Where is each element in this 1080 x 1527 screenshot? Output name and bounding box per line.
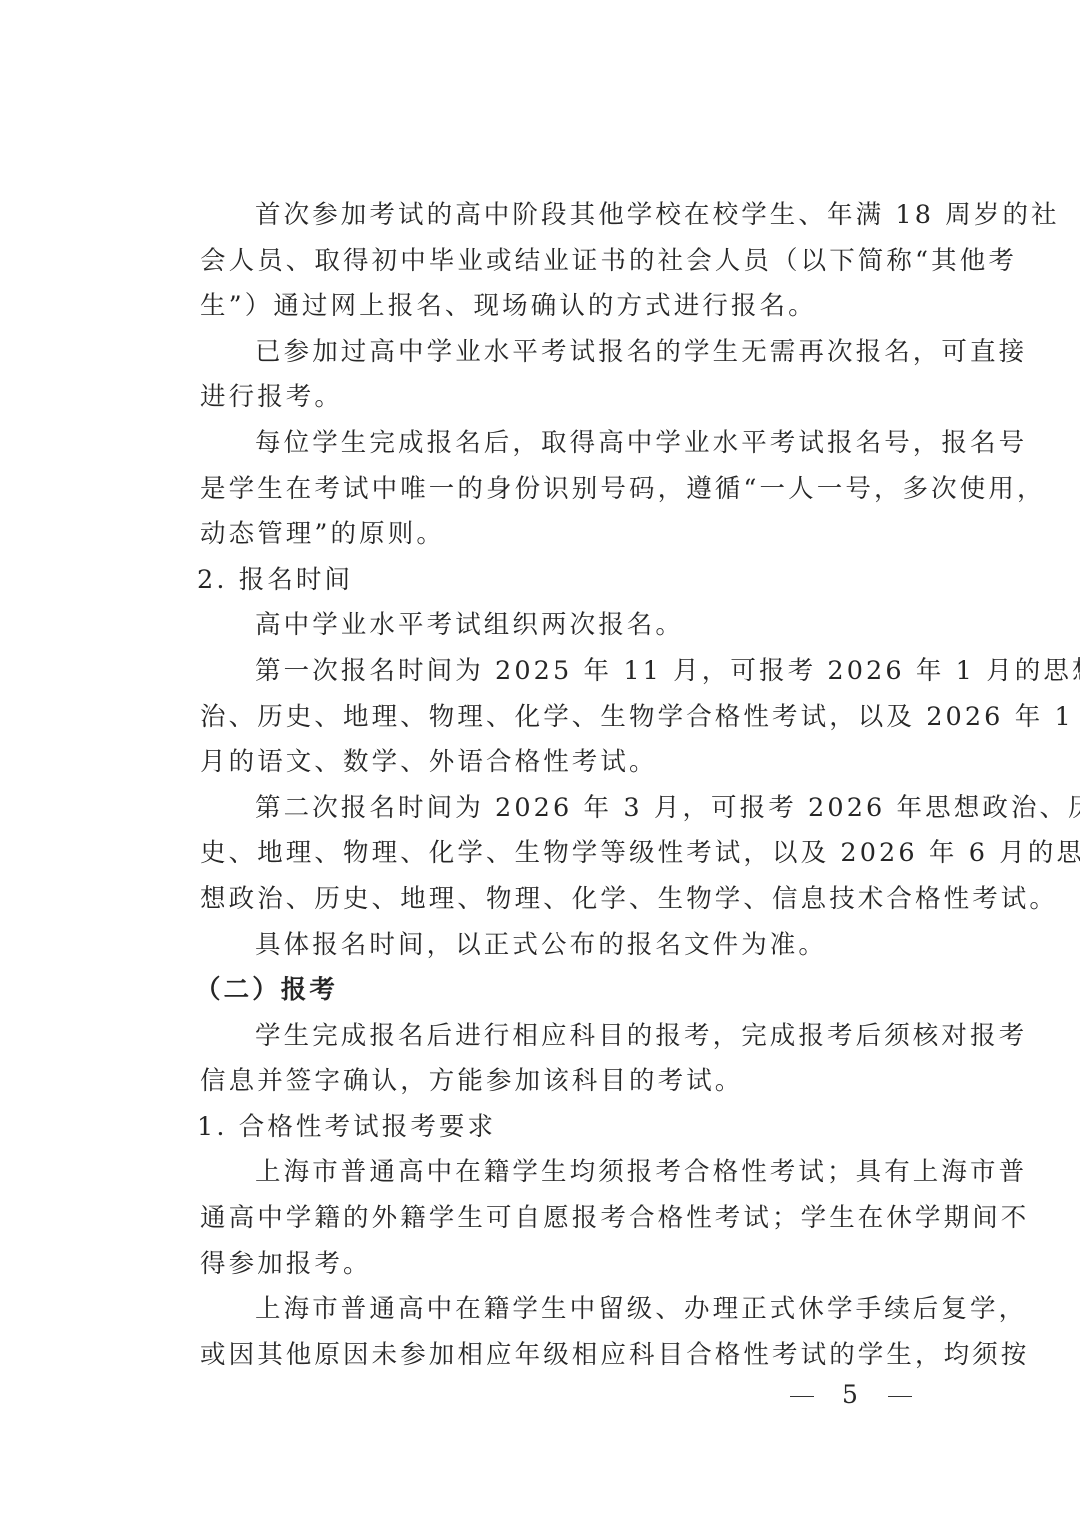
paragraph-application-process: 学生完成报名后进行相应科目的报考，完成报考后须核对报考 信息并签字确认，方能参加… xyxy=(145,1014,942,1105)
text-line: 想政治、历史、地理、物理、化学、生物学、信息技术合格性考试。 xyxy=(145,877,942,923)
paragraph-registration-number: 每位学生完成报名后，取得高中学业水平考试报名号，报名号 是学生在考试中唯一的身份… xyxy=(145,421,942,558)
text-line: 具体报名时间，以正式公布的报名文件为准。 xyxy=(145,923,942,969)
text-line: 已参加过高中学业水平考试报名的学生无需再次报名，可直接 xyxy=(145,330,942,376)
text-line: 动态管理”的原则。 xyxy=(145,512,942,558)
text-line: 高中学业水平考试组织两次报名。 xyxy=(145,603,942,649)
text-line: 史、地理、物理、化学、生物学等级性考试，以及 2026 年 6 月的思 xyxy=(145,831,942,877)
paragraph-other-candidates: 首次参加考试的高中阶段其他学校在校学生、年满 18 周岁的社 会人员、取得初中毕… xyxy=(145,193,942,330)
paragraph-first-registration: 第一次报名时间为 2025 年 11 月，可报考 2026 年 1 月的思想政 … xyxy=(145,649,942,786)
document-page: 首次参加考试的高中阶段其他学校在校学生、年满 18 周岁的社 会人员、取得初中毕… xyxy=(145,193,942,1378)
text-line: 上海市普通高中在籍学生均须报考合格性考试；具有上海市普 xyxy=(145,1150,942,1196)
page-number: 5 xyxy=(790,1378,908,1412)
page-number-value: 5 xyxy=(842,1378,860,1412)
page-number-dash-left xyxy=(790,1396,814,1398)
paragraph-enrolled-students: 上海市普通高中在籍学生均须报考合格性考试；具有上海市普 通高中学籍的外籍学生可自… xyxy=(145,1150,942,1287)
text-line: 是学生在考试中唯一的身份识别号码，遵循“一人一号，多次使用， xyxy=(145,467,942,513)
subheading-qualification-requirements: 1. 合格性考试报考要求 xyxy=(145,1105,942,1151)
text-line: 进行报考。 xyxy=(145,375,942,421)
text-line: 得参加报考。 xyxy=(145,1242,942,1288)
text-line: 治、历史、地理、物理、化学、生物学合格性考试，以及 2026 年 1 xyxy=(145,695,942,741)
text-line: 第二次报名时间为 2026 年 3 月，可报考 2026 年思想政治、历 xyxy=(145,786,942,832)
text-line: 学生完成报名后进行相应科目的报考，完成报考后须核对报考 xyxy=(145,1014,942,1060)
section-heading-exam-application: （二）报考 xyxy=(145,968,942,1014)
text-line: 生”）通过网上报名、现场确认的方式进行报名。 xyxy=(145,284,942,330)
paragraph-repeat-students: 上海市普通高中在籍学生中留级、办理正式休学手续后复学， 或因其他原因未参加相应年… xyxy=(145,1287,942,1378)
text-line: 信息并签字确认，方能参加该科目的考试。 xyxy=(145,1059,942,1105)
text-line: 上海市普通高中在籍学生中留级、办理正式休学手续后复学， xyxy=(145,1287,942,1333)
paragraph-two-registrations: 高中学业水平考试组织两次报名。 xyxy=(145,603,942,649)
text-line: 第一次报名时间为 2025 年 11 月，可报考 2026 年 1 月的思想政 xyxy=(145,649,942,695)
text-line: 或因其他原因未参加相应年级相应科目合格性考试的学生，均须按 xyxy=(145,1333,942,1379)
text-line: 月的语文、数学、外语合格性考试。 xyxy=(145,740,942,786)
paragraph-no-reregistration: 已参加过高中学业水平考试报名的学生无需再次报名，可直接 进行报考。 xyxy=(145,330,942,421)
paragraph-second-registration: 第二次报名时间为 2026 年 3 月，可报考 2026 年思想政治、历 史、地… xyxy=(145,786,942,923)
subheading-registration-time: 2. 报名时间 xyxy=(145,558,942,604)
paragraph-specific-time: 具体报名时间，以正式公布的报名文件为准。 xyxy=(145,923,942,969)
text-line: 每位学生完成报名后，取得高中学业水平考试报名号，报名号 xyxy=(145,421,942,467)
text-line: 通高中学籍的外籍学生可自愿报考合格性考试；学生在休学期间不 xyxy=(145,1196,942,1242)
text-line: 会人员、取得初中毕业或结业证书的社会人员（以下简称“其他考 xyxy=(145,239,942,285)
text-line: 首次参加考试的高中阶段其他学校在校学生、年满 18 周岁的社 xyxy=(145,193,942,239)
page-number-dash-right xyxy=(888,1396,912,1398)
